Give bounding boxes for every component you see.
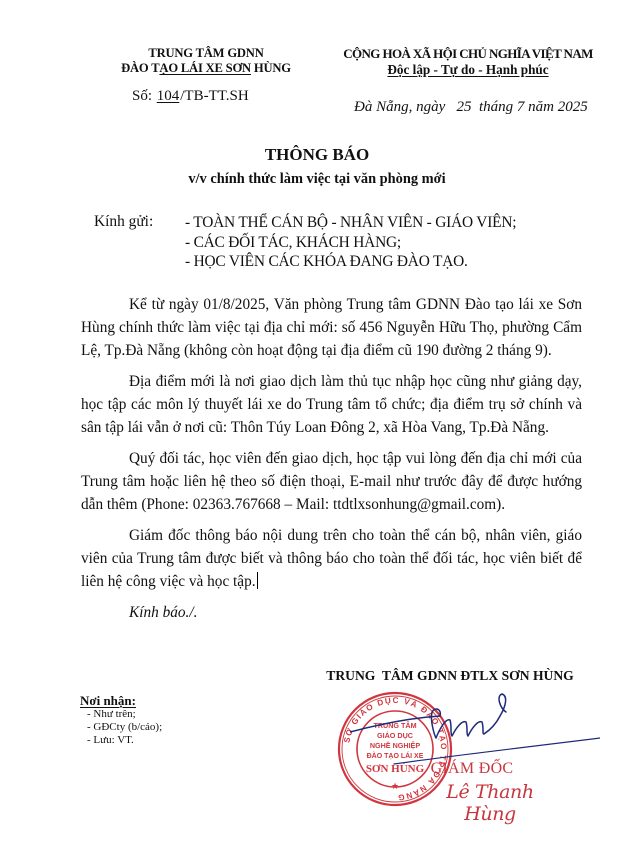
date-month: 7 (517, 99, 525, 115)
national-title: CỘNG HOÀ XÃ HỘI CHỦ NGHĨA VIỆT NAM (322, 46, 614, 62)
body-paragraph[interactable]: Địa điểm mới là nơi giao dịch làm thủ tụ… (81, 370, 582, 439)
body-paragraph[interactable]: Giám đốc thông báo nội dung trên cho toà… (81, 524, 582, 593)
body-paragraph[interactable]: Quý đối tác, học viên đến giao dịch, học… (81, 447, 582, 516)
recipients-label: Kính gửi: (94, 213, 153, 231)
date-year: 2025 (558, 99, 588, 115)
receiver-item: - Như trên; (80, 708, 162, 721)
national-motto: Độc lập - Tự do - Hạnh phúc (387, 62, 548, 77)
receivers-block: Nơi nhận: - Như trên; - GĐCty (b/cáo); -… (80, 694, 162, 747)
org-name-line2: ĐÀO TẠO LÁI XE SƠN HÙNG (88, 61, 324, 76)
issuing-organization: TRUNG TÂM GDNN ĐÀO TẠO LÁI XE SƠN HÙNG (88, 46, 324, 76)
document-number-value: 104 (156, 88, 181, 105)
closing-line[interactable]: Kính báo./. (81, 601, 582, 624)
recipient-item: - HỌC VIÊN CÁC KHÓA ĐANG ĐÀO TẠO. (185, 252, 516, 272)
date-day: 25 (457, 99, 472, 115)
signatory-title: GIÁM ĐỐC (402, 760, 542, 778)
national-heading: CỘNG HOÀ XÃ HỘI CHỦ NGHĨA VIỆT NAM Độc l… (322, 46, 614, 78)
receiver-item: - Lưu: VT. (80, 734, 162, 747)
receiver-item: - GĐCty (b/cáo); (80, 721, 162, 734)
document-title: THÔNG BÁO (0, 145, 634, 165)
signature-organization: TRUNG TÂM GDNN ĐTLX SƠN HÙNG (300, 668, 600, 684)
document-body[interactable]: Kể từ ngày 01/8/2025, Văn phòng Trung tâ… (81, 293, 582, 631)
recipient-item: - TOÀN THỂ CÁN BỘ - NHÂN VIÊN - GIÁO VIÊ… (185, 213, 516, 233)
document-subtitle: v/v chính thức làm việc tại văn phòng mớ… (0, 171, 634, 188)
text-cursor (257, 572, 258, 589)
document-number: Số: 104 /TB-TT.SH (132, 88, 249, 105)
signatory-name: Lê Thanh Hùng (420, 781, 560, 825)
org-name-line1: TRUNG TÂM GDNN (88, 46, 324, 61)
document-date: Đà Nẵng, ngày 25 tháng 7 năm 2025 (354, 99, 588, 116)
body-paragraph[interactable]: Kể từ ngày 01/8/2025, Văn phòng Trung tâ… (81, 293, 582, 362)
recipient-item: - CÁC ĐỐI TÁC, KHÁCH HÀNG; (185, 233, 516, 253)
receivers-heading: Nơi nhận: (80, 694, 162, 707)
recipients-list: - TOÀN THỂ CÁN BỘ - NHÂN VIÊN - GIÁO VIÊ… (185, 213, 516, 272)
